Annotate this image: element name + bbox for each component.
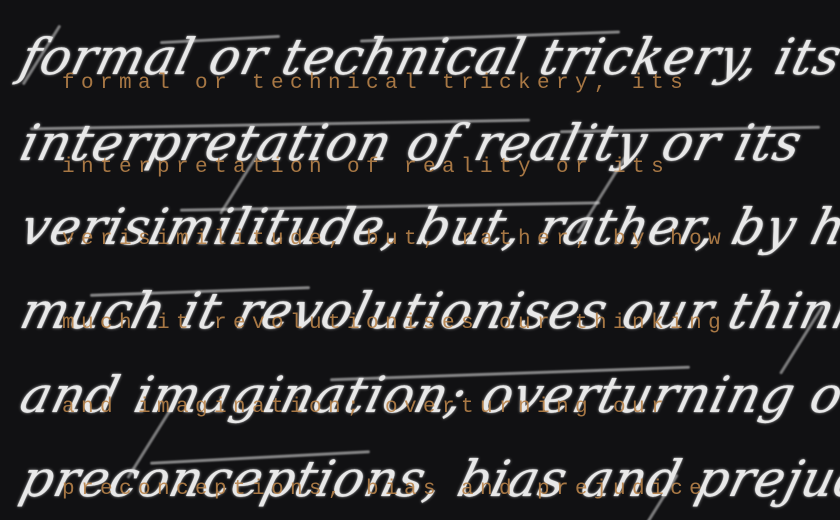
text-line: verisimilitude, but, rather, by how veri… xyxy=(0,190,840,276)
text-line: formal or technical trickery, its formal… xyxy=(0,20,840,106)
typed-text: interpretation of reality or its xyxy=(62,156,670,179)
text-line: much it revolutionises our thinking much… xyxy=(0,274,840,360)
typed-text: and imagination; overturning our xyxy=(62,396,670,419)
typed-text: verisimilitude, but, rather, by how xyxy=(62,228,727,251)
typed-text: preconceptions, bias and prejudice xyxy=(62,478,708,501)
typed-text: much it revolutionises our thinking xyxy=(62,312,727,335)
calligraphy-text-image: formal or technical trickery, its formal… xyxy=(0,0,840,520)
typed-text: formal or technical trickery, its xyxy=(62,72,689,95)
text-line: and imagination; overturning our and ima… xyxy=(0,358,840,444)
text-line: preconceptions, bias and prejudice preco… xyxy=(0,442,840,520)
text-line: interpretation of reality or its interpr… xyxy=(0,106,840,192)
